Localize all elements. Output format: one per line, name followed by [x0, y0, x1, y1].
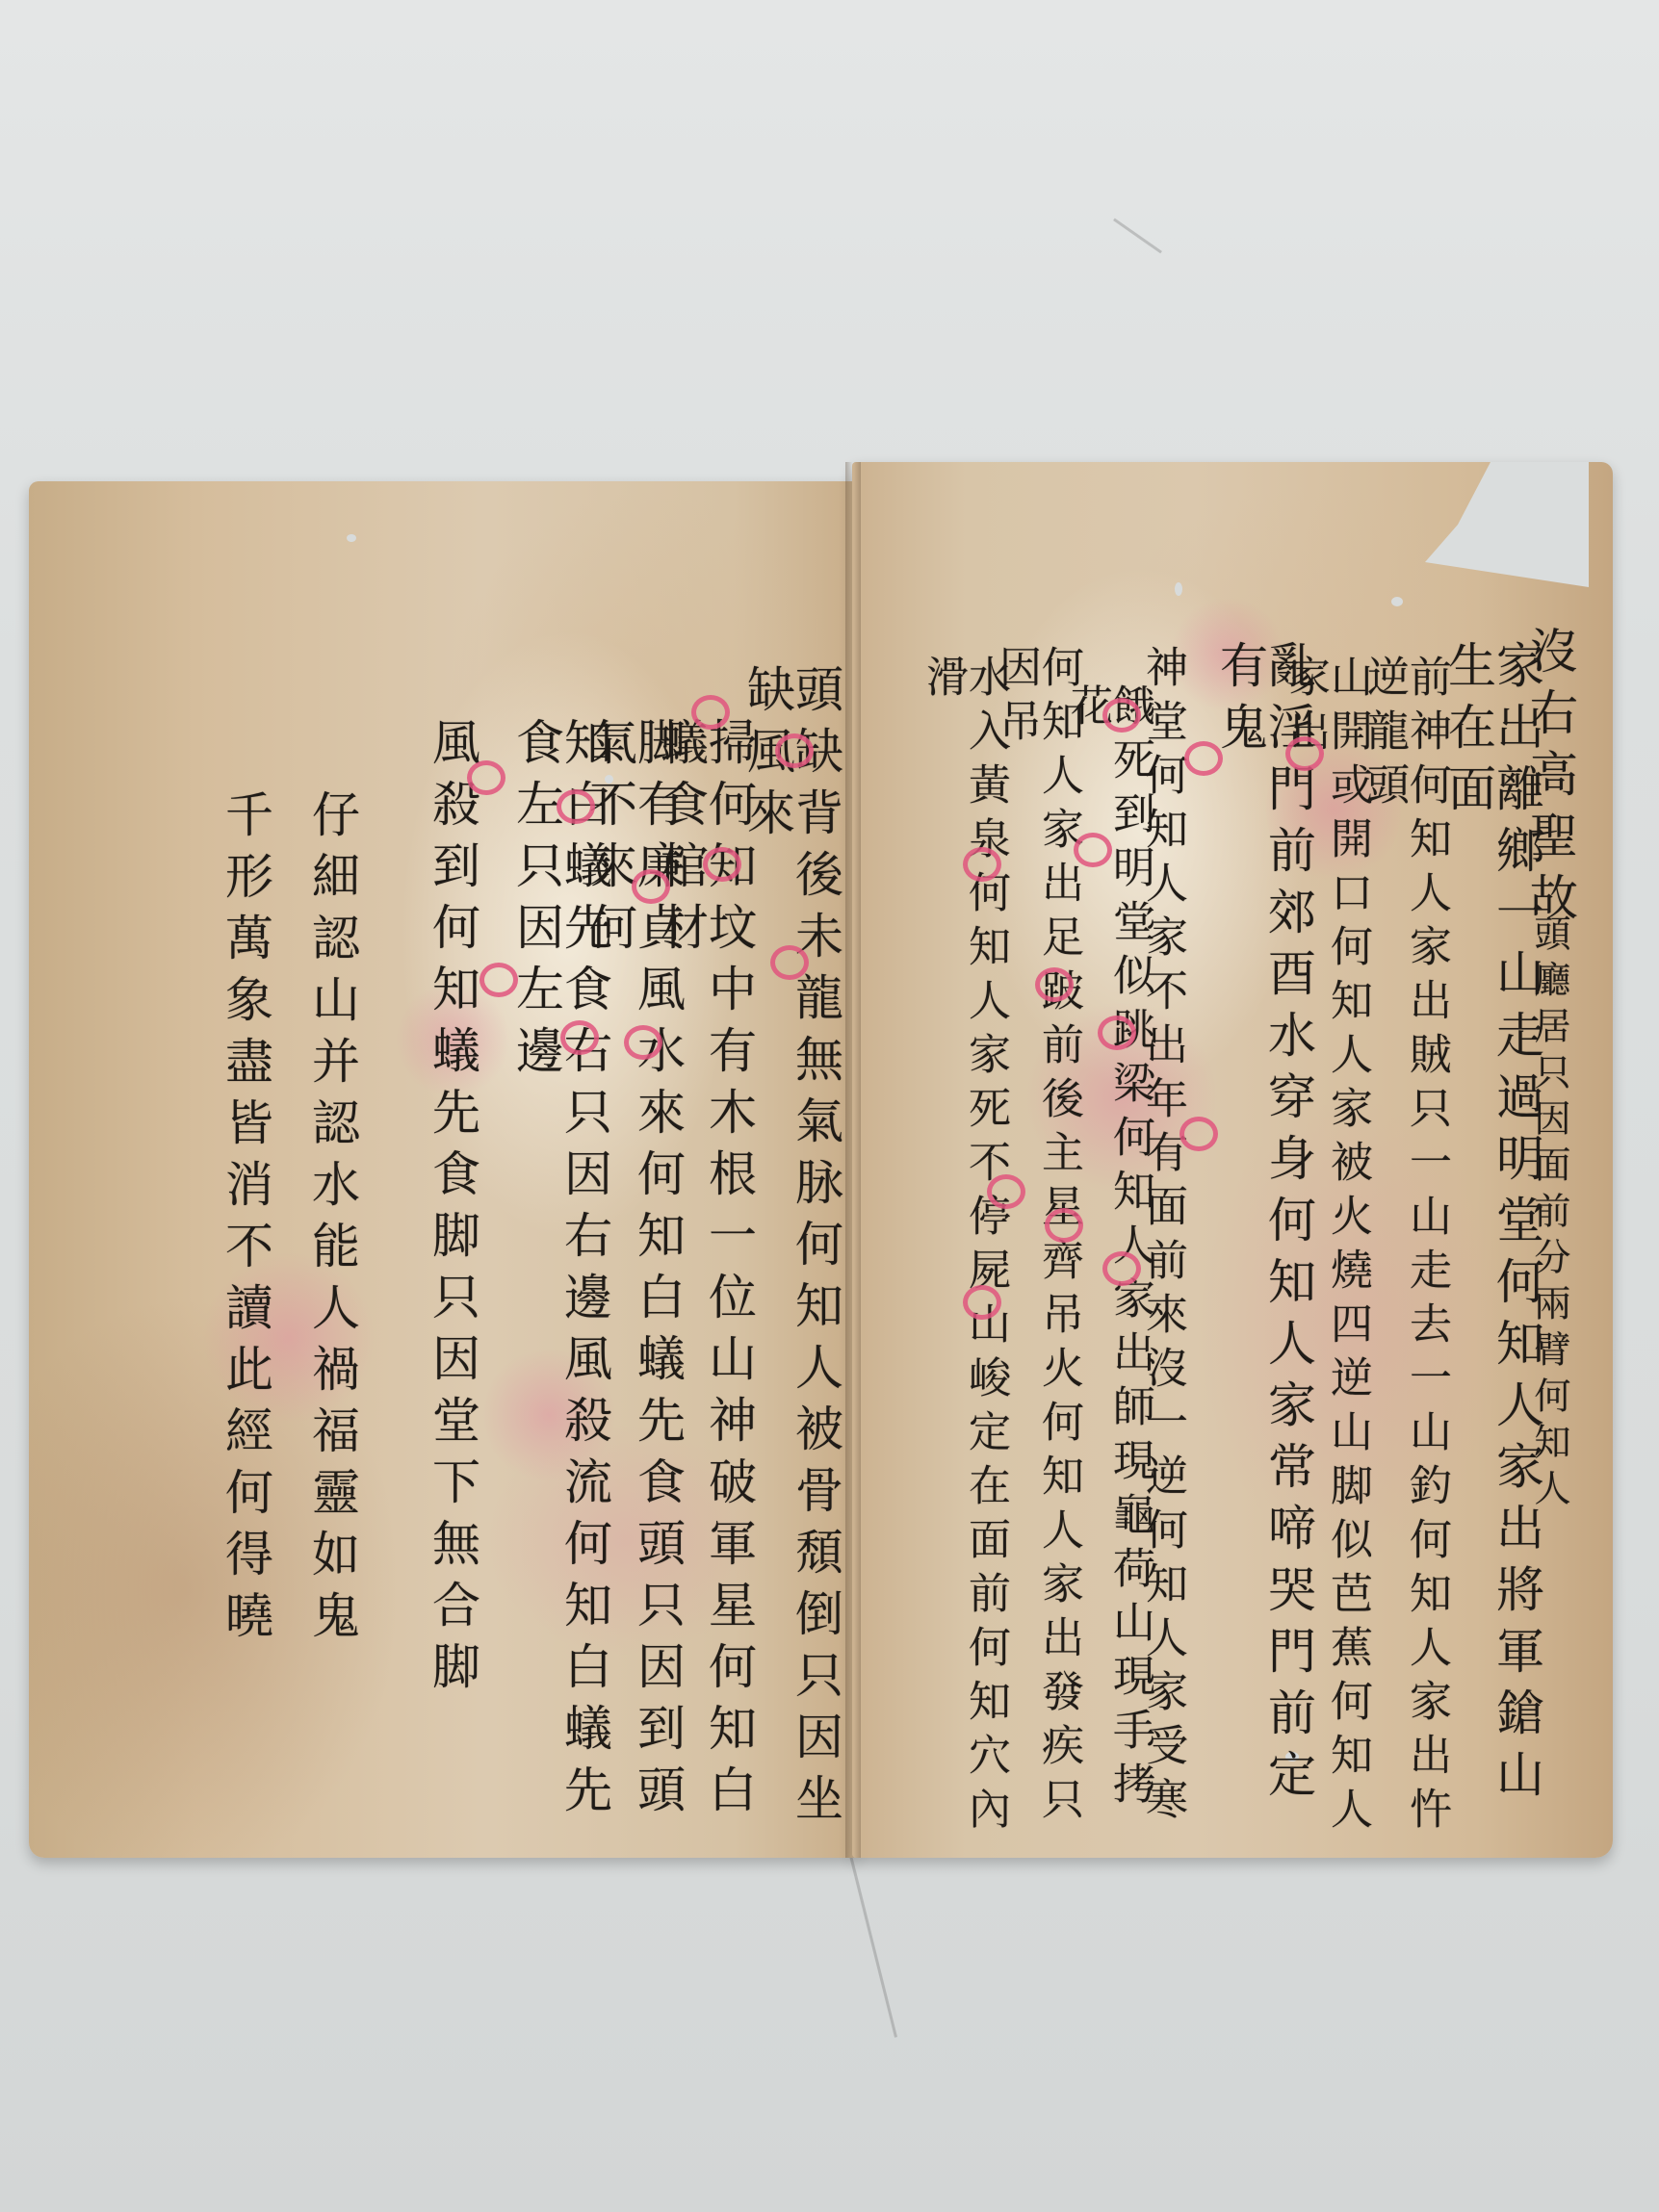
left-page: 頭缺背後未龍無氣脉何知人被骨頹倒只因坐缺風來 掃何知坟中有木根一位山神破軍星何知… [29, 481, 857, 1858]
wormhole [1175, 582, 1182, 596]
red-circle-mark [624, 1025, 662, 1060]
red-circle-mark [1184, 741, 1223, 776]
text-column-2: 家出離鄉一山走過明堂何知人家出將軍鎗山生在面 [1444, 640, 1541, 1858]
right-page: 沒右高聖故 頭廳居只因面前分兩臂何知人 家出離鄉一山走過明堂何知人家出將軍鎗山生… [852, 462, 1613, 1858]
red-circle-mark [1179, 1117, 1218, 1151]
verse-column-2: 千形萬象盡皆消不讀此經何得曉 [221, 789, 270, 1652]
red-circle-mark [1098, 1016, 1136, 1050]
red-circle-mark [987, 1174, 1025, 1209]
backdrop-scratch [1113, 219, 1162, 254]
text-column-5: 亂淫門前郊酉水穿身何知人家常啼哭門前定有鬼 [1216, 640, 1312, 1858]
open-manuscript: 頭缺背後未龍無氣脉何知人被骨頹倒只因坐缺風來 掃何知坟中有木根一位山神破軍星何知… [29, 452, 1608, 1867]
text-column-3: 前神何知人家出賊只一山走去一山釣何知人家出忤逆龍頭 [1362, 655, 1447, 1858]
red-circle-mark [480, 963, 518, 997]
red-circle-mark [467, 760, 505, 795]
red-circle-mark [963, 847, 1001, 882]
red-circle-mark [963, 1285, 1001, 1320]
red-circle-mark [1102, 1251, 1141, 1286]
text-column-1: 頭缺背後未龍無氣脉何知人被骨頹倒只因坐缺風來 [743, 664, 840, 1858]
book-spine-gutter [845, 462, 861, 1858]
red-circle-mark [770, 945, 809, 980]
red-circle-mark [1285, 736, 1324, 771]
red-circle-mark [703, 847, 741, 882]
wormhole [347, 534, 356, 542]
red-circle-mark [1102, 698, 1141, 733]
red-circle-mark [557, 789, 595, 824]
text-column-9: 水入黃泉何知人家死不停屍山峻定在面前何知穴內滑 [921, 655, 1006, 1858]
red-circle-mark [632, 869, 670, 904]
red-circle-mark [1074, 833, 1112, 867]
verse-column-1: 仔細認山并認水能人禍福靈如鬼 [308, 789, 356, 1652]
red-circle-mark [691, 695, 730, 730]
red-circle-mark [1045, 1208, 1083, 1243]
wormhole [1391, 597, 1403, 606]
red-circle-mark [1035, 967, 1074, 1002]
red-circle-mark [775, 733, 814, 768]
text-column-5: 風殺到何知蟻先食脚只因堂下無合脚 [428, 717, 477, 1703]
red-circle-mark [560, 1020, 599, 1055]
text-column-4: 知白蟻先食右只因右邊風殺流何知白蟻先食左只因左邊 [512, 717, 609, 1858]
